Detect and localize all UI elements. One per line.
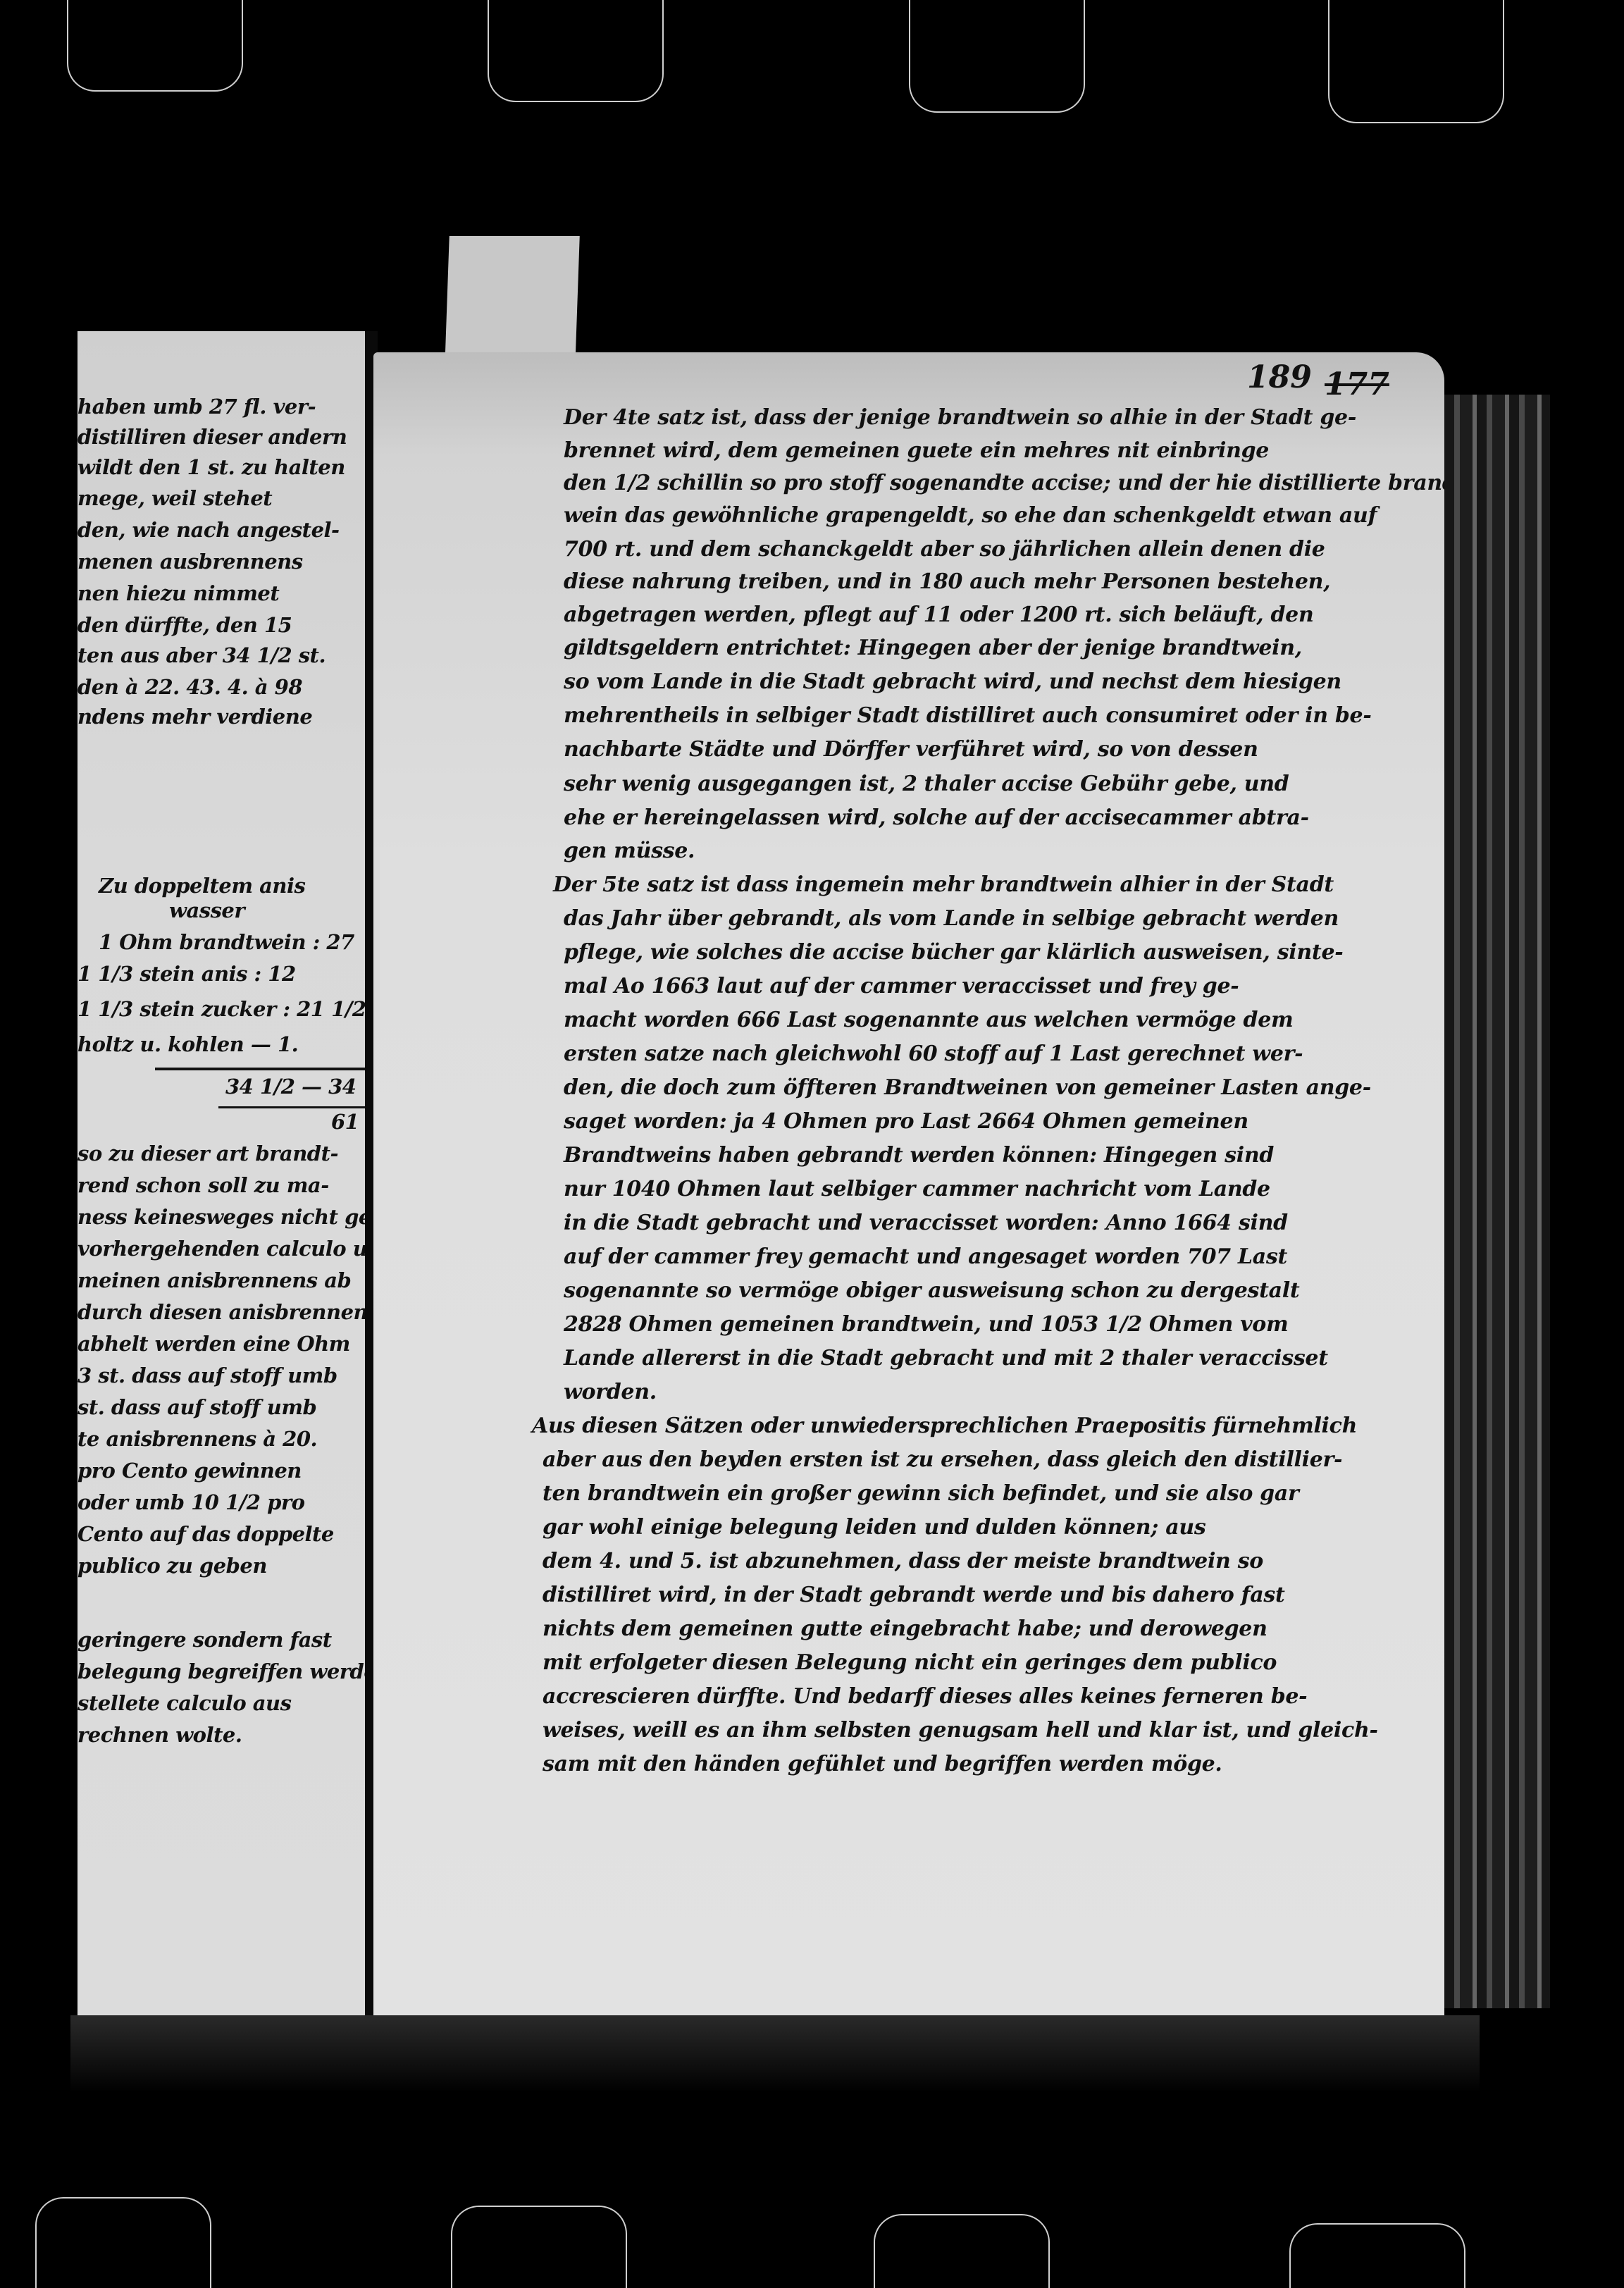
sum-rule: [155, 1068, 366, 1070]
text-line: ehe er hereingelassen wird, solche auf d…: [564, 805, 1309, 830]
left-line: publico zu geben: [78, 1554, 267, 1578]
left-heading: Zu doppeltem anis: [99, 874, 305, 898]
text-line: das Jahr über gebrandt, als vom Lande in…: [564, 906, 1339, 931]
text-line: sehr wenig ausgegangen ist, 2 thaler acc…: [564, 772, 1289, 796]
text-line: mehrentheils in selbiger Stadt distillir…: [564, 703, 1371, 728]
sprocket-hole: [451, 2206, 627, 2288]
left-line: rechnen wolte.: [78, 1723, 242, 1747]
left-line: pro Cento gewinnen: [78, 1459, 302, 1483]
left-line: meinen anisbrennens ab: [78, 1268, 351, 1292]
left-line: ness keinesweges nicht genug: [78, 1205, 378, 1229]
left-line: Cento auf das doppelte: [78, 1522, 334, 1546]
text-line: so vom Lande in die Stadt gebracht wird,…: [564, 669, 1341, 694]
text-line: ten brandtwein ein großer gewinn sich be…: [543, 1481, 1299, 1506]
left-line: den, wie nach angestel-: [78, 518, 340, 542]
text-line: Brandtweins haben gebrandt werden können…: [564, 1143, 1274, 1168]
sprocket-hole: [1289, 2223, 1465, 2288]
text-line: Aus diesen Sätzen oder unwiedersprechlic…: [532, 1414, 1357, 1438]
text-line: distilliret wird, in der Stadt gebrandt …: [543, 1583, 1285, 1607]
text-line: saget worden: ja 4 Ohmen pro Last 2664 O…: [564, 1109, 1248, 1134]
text-line: nachbarte Städte und Dörffer verführet w…: [564, 737, 1258, 762]
text-line: mit erfolgeter diesen Belegung nicht ein…: [543, 1650, 1277, 1675]
text-line: 700 rt. und dem schanckgeldt aber so jäh…: [564, 537, 1325, 562]
left-line: den dürffte, den 15: [78, 613, 292, 637]
text-line: pflege, wie solches die accise bücher ga…: [564, 940, 1343, 965]
left-line: oder umb 10 1/2 pro: [78, 1490, 305, 1514]
left-line: haben umb 27 fl. ver-: [78, 395, 316, 419]
sprocket-hole: [67, 0, 243, 92]
left-calc-row: 1 1/3 stein anis : 12: [78, 962, 296, 986]
left-line: den à 22. 43. 4. à 98: [78, 675, 302, 699]
text-line: in die Stadt gebracht und veraccisset wo…: [564, 1211, 1288, 1235]
page-bottom-shadow: [70, 2015, 1480, 2093]
left-line: vorhergehenden calculo und: [78, 1237, 378, 1261]
text-line: gildtsgeldern entrichtet: Hingegen aber …: [564, 636, 1302, 660]
manuscript-page: 189 177 Der 4te satz ist, dass der jenig…: [373, 352, 1444, 2075]
text-line: gen müsse.: [564, 839, 695, 863]
left-heading: wasser: [169, 898, 244, 922]
sprocket-hole: [874, 2214, 1050, 2288]
text-line: sogenannte so vermöge obiger ausweisung …: [564, 1278, 1299, 1303]
sum-rule: [218, 1106, 373, 1108]
left-line: rend schon soll zu ma-: [78, 1173, 329, 1197]
text-line: abgetragen werden, pflegt auf 11 oder 12…: [564, 602, 1313, 627]
left-line: distilliren dieser andern: [78, 425, 347, 449]
text-line: brennet wird, dem gemeinen guete ein meh…: [564, 438, 1269, 463]
text-line: accrescieren dürffte. Und bedarff dieses…: [543, 1684, 1307, 1709]
sprocket-hole: [909, 0, 1085, 113]
left-line: st. dass auf stoff umb: [78, 1395, 316, 1419]
text-line: sam mit den händen gefühlet und begriffe…: [543, 1752, 1222, 1776]
left-line: stellete calculo aus: [78, 1691, 291, 1715]
left-calc-total: 61: [331, 1110, 359, 1134]
left-line: so zu dieser art brandt-: [78, 1142, 338, 1165]
text-line: aber aus den beyden ersten ist zu ersehe…: [543, 1447, 1342, 1472]
left-line: menen ausbrennens: [78, 550, 303, 574]
left-line: belegung begreiffen werden: [78, 1659, 378, 1683]
left-line: durch diesen anisbrennens: [78, 1300, 378, 1324]
left-page-fragment: haben umb 27 fl. ver- distilliren dieser…: [78, 331, 378, 2065]
left-line: ndens mehr verdiene: [78, 705, 312, 729]
text-line: gar wohl einige belegung leiden und duld…: [543, 1515, 1205, 1540]
text-line: worden.: [564, 1380, 657, 1404]
left-calc-total: 34 1/2 — 34: [225, 1075, 356, 1099]
text-line: diese nahrung treiben, und in 180 auch m…: [564, 569, 1330, 594]
left-line: mege, weil stehet: [78, 486, 272, 510]
text-line: 2828 Ohmen gemeinen brandtwein, und 1053…: [564, 1312, 1288, 1337]
text-line: dem 4. und 5. ist abzunehmen, dass der m…: [543, 1549, 1263, 1573]
sprocket-hole: [35, 2197, 211, 2288]
left-line: abhelt werden eine Ohm: [78, 1332, 350, 1356]
sprocket-hole: [1328, 0, 1504, 123]
left-line: 3 st. dass auf stoff umb: [78, 1363, 337, 1387]
text-line: Der 4te satz ist, dass der jenige brandt…: [564, 405, 1356, 430]
text-line: nichts dem gemeinen gutte eingebracht ha…: [543, 1616, 1267, 1641]
text-line: weises, weill es an ihm selbsten genugsa…: [543, 1718, 1378, 1743]
left-calc-row: holtz u. kohlen — 1.: [78, 1032, 298, 1056]
text-line: nur 1040 Ohmen laut selbiger cammer nach…: [564, 1177, 1270, 1201]
text-line: ersten satze nach gleichwohl 60 stoff au…: [564, 1041, 1303, 1066]
text-line: macht worden 666 Last sogenannte aus wel…: [564, 1008, 1293, 1032]
text-line: auf der cammer frey gemacht und angesage…: [564, 1244, 1287, 1269]
page-binding-edge: [1444, 395, 1550, 2008]
text-line: den 1/2 schillin so pro stoff sogenandte…: [564, 471, 1444, 495]
left-line: geringere sondern fast: [78, 1628, 332, 1652]
folio-number-struck: 177: [1325, 366, 1389, 402]
left-line: wildt den 1 st. zu halten: [78, 455, 345, 479]
text-line: mal Ao 1663 laut auf der cammer veraccis…: [564, 974, 1239, 998]
text-line: den, die doch zum öffteren Brandtweinen …: [564, 1075, 1371, 1100]
text-line: Der 5te satz ist dass ingemein mehr bran…: [553, 872, 1334, 897]
sprocket-hole: [488, 0, 664, 102]
left-calc-row: 1 Ohm brandtwein : 27: [99, 930, 354, 954]
left-calc-row: 1 1/3 stein zucker : 21 1/2 rt: [78, 997, 378, 1021]
left-line: nen hiezu nimmet: [78, 581, 279, 605]
text-line: wein das gewöhnliche grapengeldt, so ehe…: [564, 503, 1377, 528]
left-line: te anisbrennens à 20.: [78, 1427, 317, 1451]
folio-number: 189: [1247, 359, 1312, 395]
left-line: ten aus aber 34 1/2 st.: [78, 643, 326, 667]
text-line: Lande allererst in die Stadt gebracht un…: [564, 1346, 1328, 1371]
